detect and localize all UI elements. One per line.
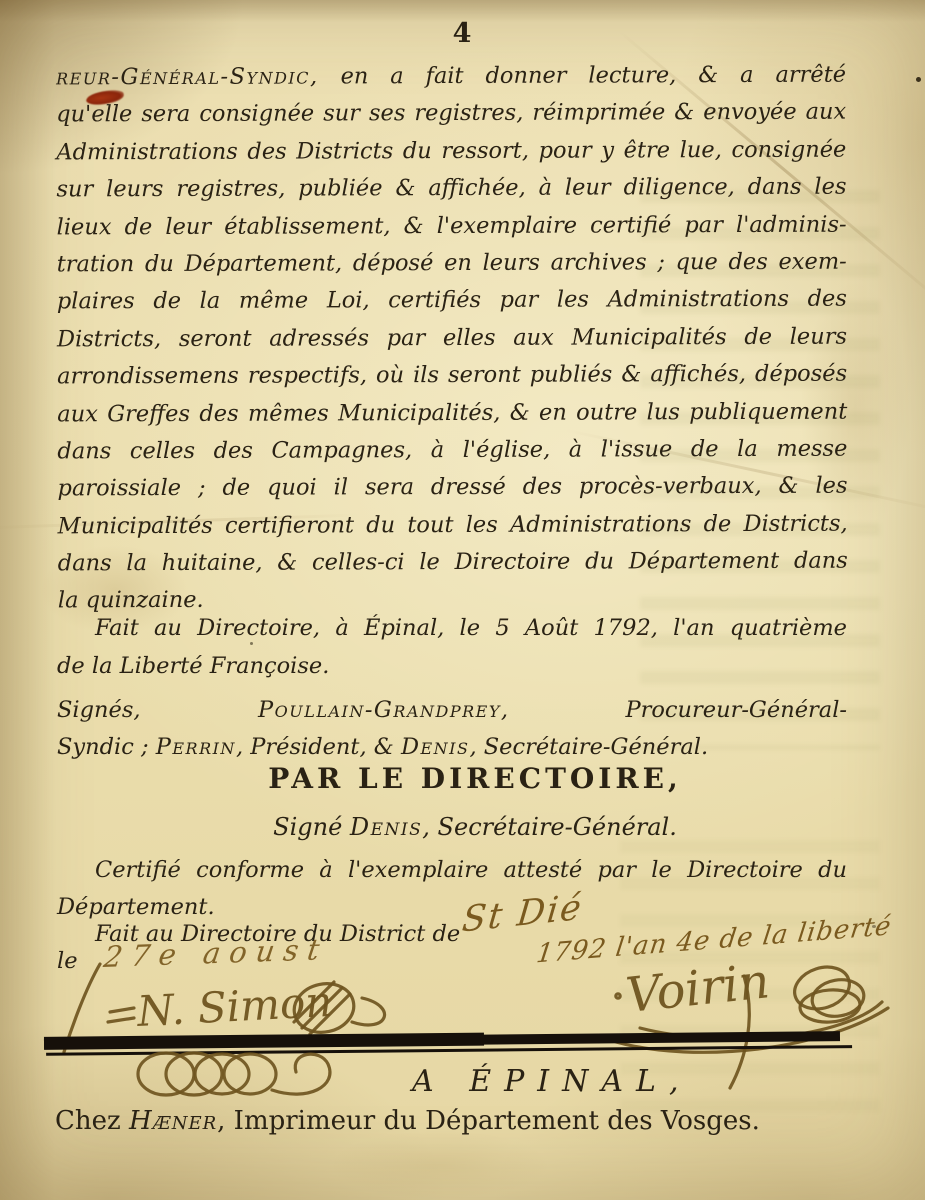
certification: Certifié conforme à l'exemplaire attesté… — [57, 852, 847, 927]
signer-name: Poullain-Grandprey — [258, 697, 501, 723]
body-line: reur-Général-Syndic, en a fait donner le… — [56, 57, 846, 97]
body-line: dans celles des Campagnes, à l'église, à… — [57, 431, 847, 471]
body-line: Districts, seront adressés par elles aux… — [57, 318, 847, 358]
body-line: plaires de la même Loi, certifiés par le… — [57, 281, 847, 321]
signer-name: Denis — [401, 734, 470, 760]
signed-line: Signés, Poullain-Grandprey, Procureur-Gé… — [57, 692, 847, 729]
signe-denis-line: Signé Denis, Secrétaire-Général. — [80, 813, 870, 841]
body-line: paroissiale ; de quoi il sera dressé des… — [57, 468, 847, 508]
body-line: sur leurs registres, publiée & affichée,… — [56, 169, 846, 209]
flourish-loops — [132, 1042, 382, 1107]
printer-name: Hæner — [129, 1106, 217, 1136]
body-line: Municipalités certifieront du tout les A… — [58, 505, 848, 545]
signer-name: Denis — [350, 813, 422, 841]
certification-line: Certifié conforme à l'exemplaire attesté… — [57, 852, 847, 889]
ink-speck — [916, 77, 921, 82]
body-line: qu'elle sera consignée sur ses registres… — [56, 94, 846, 134]
body-line: dans la huitaine, & celles-ci le Directo… — [58, 543, 848, 583]
imprint-city: A ÉPINAL, — [412, 1064, 692, 1099]
imprint-line: Chez Hæner, Imprimeur du Département des… — [55, 1106, 760, 1136]
body-line: lieux de leur établissement, & l'exempla… — [57, 206, 847, 246]
body-line: tration du Département, déposé en leurs … — [57, 244, 847, 284]
dateline-line: de la Liberté Françoise. — [57, 648, 847, 685]
page-number: 4 — [0, 18, 925, 49]
printed-signatures: Signés, Poullain-Grandprey, Procureur-Gé… — [57, 692, 847, 767]
signer-name: Perrin — [156, 734, 236, 760]
main-paragraph: reur-Général-Syndic, en a fait donner le… — [56, 57, 848, 621]
paper-stain — [330, 1130, 550, 1200]
body-line: Administrations des Districts du ressort… — [56, 131, 846, 171]
directoire-heading: PAR LE DIRECTOIRE, — [80, 762, 870, 795]
body-line: arrondissemens respectifs, où ils seront… — [57, 356, 847, 396]
body-line: aux Greffes des mêmes Municipalités, & e… — [57, 393, 847, 433]
dateline-line: Fait au Directoire, à Épinal, le 5 Août … — [57, 610, 847, 648]
small-caps-run: reur-Général-Syndic, — [56, 63, 319, 90]
document-page: 4 reur-Général-Syndic, en a fait donner … — [0, 0, 925, 1200]
dateline: Fait au Directoire, à Épinal, le 5 Août … — [57, 610, 847, 685]
